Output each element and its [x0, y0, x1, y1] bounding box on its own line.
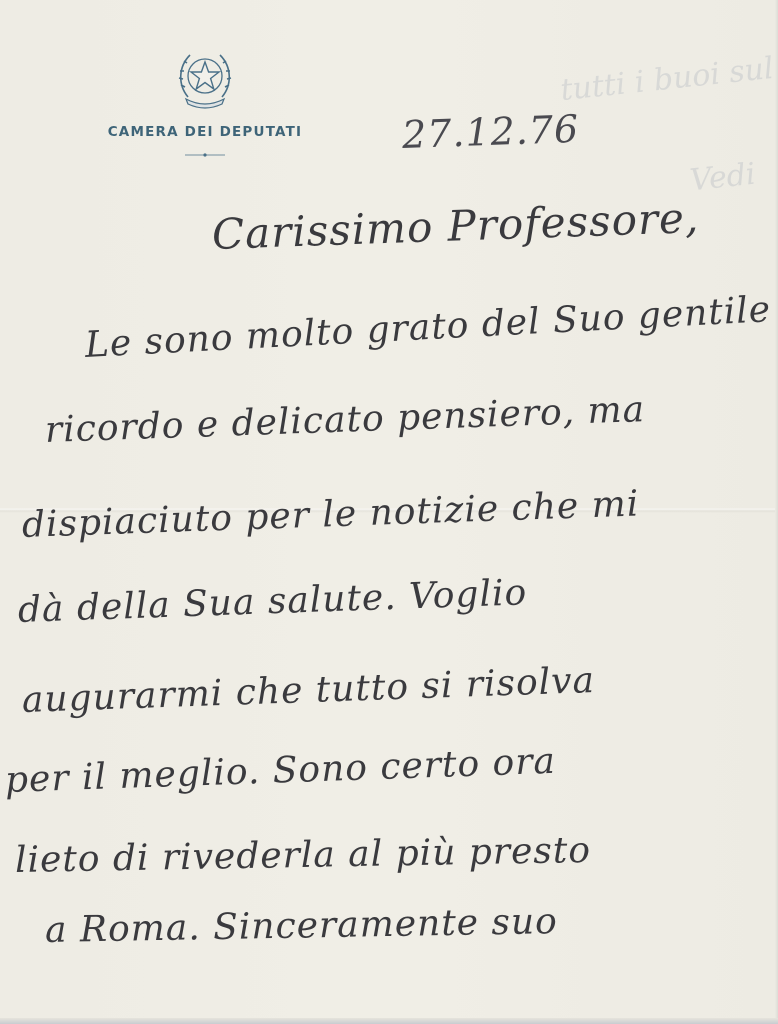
paper-edge — [0, 1018, 778, 1024]
letterhead-ornament — [185, 152, 225, 158]
italian-republic-emblem-icon — [176, 47, 234, 111]
letter-date: 27.12.76 — [401, 107, 580, 157]
letterhead-title: CAMERA DEI DEPUTATI — [79, 124, 331, 140]
bleed-through-text: Vedi — [688, 157, 757, 199]
